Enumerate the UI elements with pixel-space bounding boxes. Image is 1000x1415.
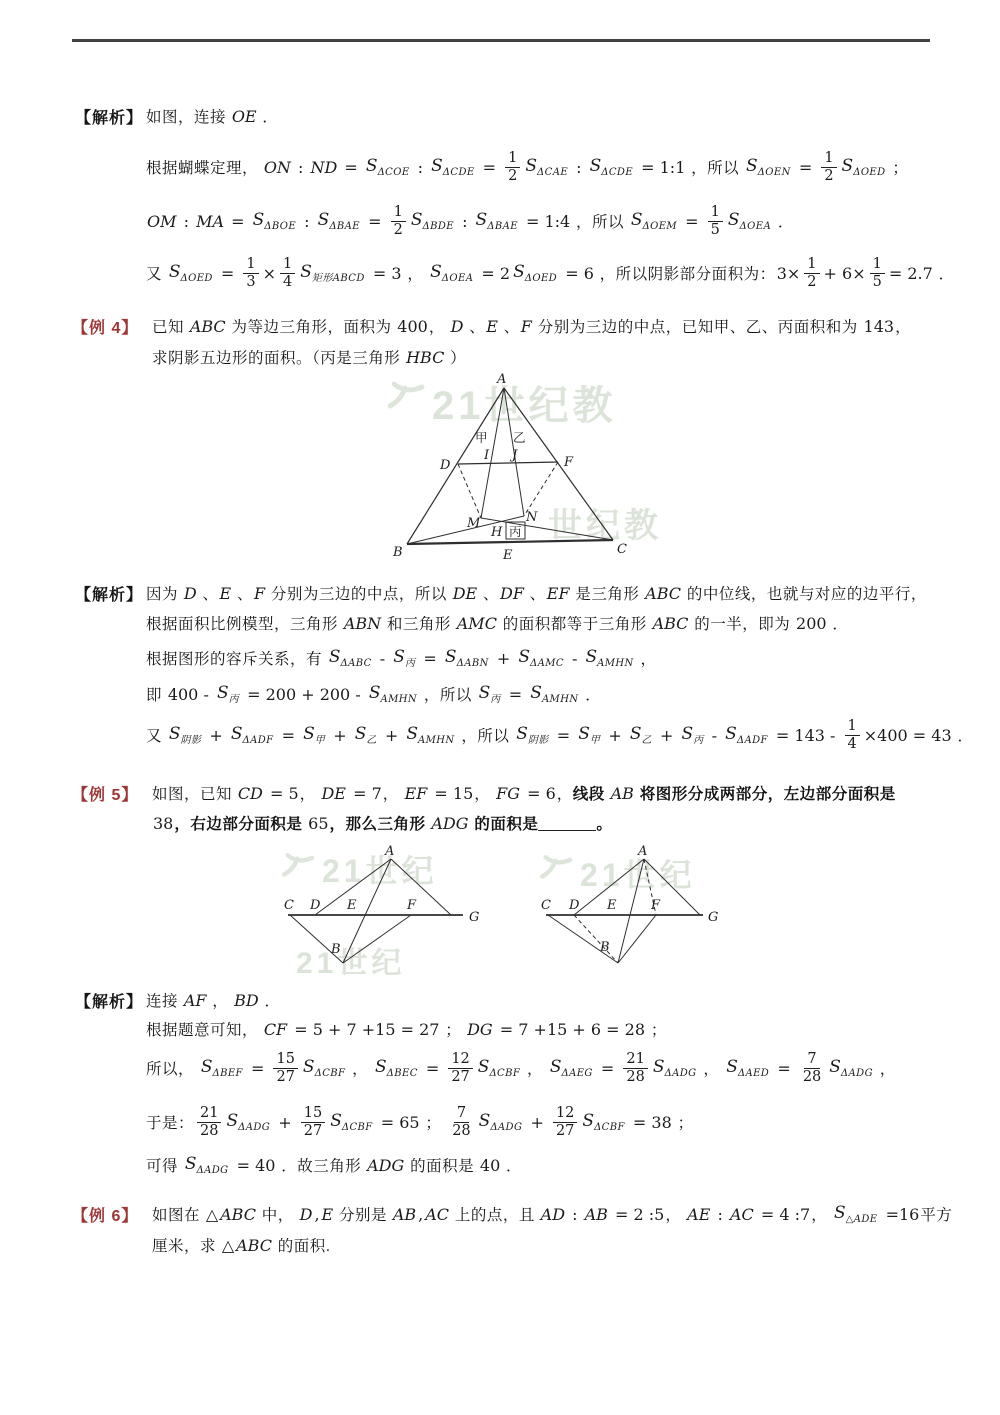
vertex-label-C: C [284,898,294,913]
math-number: = 2 [475,264,511,283]
math-number: 40 [479,1156,501,1175]
fraction: 15 [870,256,885,290]
math-number: =16 [880,1205,921,1224]
math-variable: ABC [652,614,690,633]
text: ， [207,989,233,1011]
math-number: × [262,264,277,283]
example5-label-row: 【例 5】 [72,780,138,806]
math-variable: F [253,584,266,603]
math-variable: DE [452,584,479,603]
math-number: = 6 [559,264,595,283]
math-number: + [491,649,517,668]
text: 根据蝴蝶定理， [146,156,263,178]
math-variable: AB [584,1205,609,1224]
answer-blank [538,815,596,831]
vertex-label-D: D [439,458,451,473]
solution5-label-row: 【解析】 [75,988,143,1012]
text: 分别为三边的中点，所以 [266,582,452,604]
math-number: = 1:4 [520,212,571,231]
fraction: 1527 [273,1051,297,1085]
fraction: 12 [821,150,836,184]
math-variable: ABC [219,1205,257,1224]
area-symbol: SΔADG [477,1111,525,1133]
text: 所以， [146,1057,199,1079]
example4-label: 【例 4】 [72,315,138,338]
text: ， [429,315,450,337]
document-page: 21世纪教 世纪教 21世纪 21世纪 21世纪 【解析】 如图，连接 OE ．… [0,0,1000,1415]
solution1-line1: 如图，连接 OE ． [146,104,278,128]
math-number: = 4 :7 [755,1205,811,1224]
text: 根据面积比例模型，三角形 [146,612,343,634]
text: 和三角形 [382,612,456,634]
vertex-label-G: G [708,910,718,925]
solution4-line1: 因为 D 、E 、F 分别为三边的中点，所以 DE 、DF 、EF 是三角形 A… [146,581,927,605]
bold-text: 将图形分成两部分，左边部分面积是 [635,782,896,804]
solution4-label-row: 【解析】 [75,581,143,605]
math-number: + [524,1113,550,1132]
vertex-label-A: A [496,372,506,387]
example5-label: 【例 5】 [72,782,138,805]
math-variable: FG [495,784,521,803]
text: ． [953,724,974,746]
math-variable: HBC [405,348,445,367]
area-symbol: S矩形ABCD [298,262,366,284]
math-variable: MA [195,212,225,231]
text: 的一半，即为 [689,612,795,634]
math-number: 400 - [167,685,215,704]
fraction: 728 [449,1105,473,1139]
math-variable: AB [610,784,635,803]
area-symbol: SΔCOE [364,156,412,178]
fraction: 15 [708,204,723,238]
text: ， [811,1203,832,1225]
solution5-line2: 根据题意可知， CF = 5 + 7 +15 = 27 ； DG = 7 +15… [146,1016,667,1042]
math-variable: AF [183,991,208,1010]
math-number: = 2 :5 [609,1205,665,1224]
area-symbol: SΔBAE [474,210,520,232]
text: ，所以 [457,724,515,746]
vertex-label-F: F [650,898,661,913]
math-number: + 6× [823,264,867,283]
solution5-line5: 可得 SΔADG = 40 ．故三角形 ADG 的面积是 40 ． [146,1150,522,1180]
area-symbol: SΔBOE [251,210,299,232]
area-symbol: SΔCBF [301,1057,347,1079]
text: 因为 [146,582,183,604]
math-number: ×400 = 43 [863,726,953,745]
area-symbol: SΔADG [183,1154,231,1176]
fraction: 12 [391,204,406,238]
math-number: 65 [307,814,329,833]
vertex-label-D: D [568,898,580,913]
math-variable: D [299,1205,314,1224]
example6-label-row: 【例 6】 [72,1201,138,1227]
text: ， [636,647,657,669]
solution-label: 【解析】 [75,989,143,1012]
text: ． [258,105,279,127]
math-number: = 5 + 7 +15 = 27 [288,1020,440,1039]
text: 是三角形 [571,582,645,604]
math-number: : [178,212,196,231]
example6-line2: 厘米，求 △ABC 的面积. [152,1232,331,1258]
math-variable: D [450,317,465,336]
bold-text: 线段 [573,782,610,804]
text: 为等边三角形，面积为 [227,315,397,337]
math-number: △ [221,1236,235,1255]
region-label-jia: 甲 [475,431,488,445]
vertex-label-M: M [466,516,481,531]
math-number: 200 [795,614,828,633]
area-symbol: SΔCDE [588,156,635,178]
text: ．故三角形 [276,1154,366,1176]
region-label-bing: 丙 [509,525,522,539]
area-symbol: S丙 [215,683,241,705]
math-number: = 6 [521,784,557,803]
text: ． [260,989,281,1011]
area-symbol: SΔABC [327,647,374,669]
vertex-label-B: B [330,942,341,957]
example5-left-diagram: A B C D E F G [283,843,513,978]
text: ． [828,612,849,634]
math-variable: ABC [189,317,227,336]
math-variable: E [321,1205,335,1224]
text: 如图，连接 [146,105,231,127]
text: ． [773,210,794,232]
math-variable: EF [546,584,571,603]
math-number: = [417,649,443,668]
text: 平方 [920,1203,952,1225]
math-variable: AE [686,1205,711,1224]
text: 、 [478,582,499,604]
fraction: 1527 [301,1105,325,1139]
math-number: = [793,158,819,177]
area-symbol: SΔBAE [316,210,362,232]
math-number: - [706,726,724,745]
math-variable: ABN [343,614,382,633]
area-symbol: SΔCDE [429,156,476,178]
text: ） [445,346,466,368]
math-number: = [477,158,503,177]
area-symbol: SΔOED [167,262,215,284]
text: 即 [146,683,167,705]
text: ； [440,1018,466,1040]
area-symbol: S△ADE [832,1203,880,1225]
text: 、 [499,315,520,337]
vertex-label-F: F [563,455,574,470]
text: 如图在 [152,1203,205,1225]
solution5-line4: 于是：2128SΔADG + 1527SΔCBF = 65 ； 728SΔADG… [146,1094,694,1150]
math-number: = [503,685,529,704]
math-variable: AMC [456,614,498,633]
text: 上的点，且 [450,1203,540,1225]
area-symbol: SΔOED [840,156,888,178]
text: 、 [464,315,485,337]
area-symbol: S甲 [576,724,602,746]
math-number: + [203,726,229,745]
text: 于是： [146,1111,194,1133]
area-symbol: SΔOEA [428,262,475,284]
solution1-line4: 又 SΔOED = 13×14S矩形ABCD = 3 ， SΔOEA = 2SΔ… [146,246,955,300]
math-number: - [566,649,584,668]
text: 中， [257,1203,299,1225]
area-symbol: SAMHN [404,724,456,746]
text: ， [895,315,911,337]
solution5-line1: 连接 AF ， BD ． [146,988,281,1012]
area-symbol: SΔBEF [199,1057,245,1079]
text: ， [557,782,573,804]
math-variable: CF [263,1020,288,1039]
area-symbol: S丙 [477,683,503,705]
area-symbol: S阴影 [167,724,203,746]
math-variable: OM [146,212,178,231]
text: 已知 [152,315,189,337]
math-number: = [595,1059,621,1078]
math-number: = [215,264,241,283]
math-number: + [327,726,353,745]
text: 、 [198,582,219,604]
text: 根据题意可知， [146,1018,263,1040]
text: ， [474,782,495,804]
fraction: 1227 [448,1051,472,1085]
text: ． [501,1154,522,1176]
math-variable: ADG [430,814,469,833]
area-symbol: SΔBEC [373,1057,420,1079]
area-symbol: SAMHN [528,683,580,705]
fraction: 1227 [553,1105,577,1139]
area-symbol: SΔABN [443,647,491,669]
math-number: 38 [152,814,174,833]
example4-line2: 求阴影五边形的面积。（丙是三角形 HBC ） [152,344,466,370]
vertex-label-I: I [483,448,490,463]
math-variable: DE [320,784,347,803]
vertex-label-H: H [490,525,503,540]
area-symbol: S乙 [628,724,654,746]
text: 、 [525,582,546,604]
math-number: = 40 [231,1156,277,1175]
math-number: - [374,649,392,668]
text: ， [665,1203,686,1225]
math-number: : [298,212,316,231]
math-number: = 38 [627,1113,673,1132]
solution4-line3: 根据图形的容斥关系，有 SΔABC - S丙 = SΔABN + SΔAMC -… [146,638,657,678]
math-number: : [711,1205,729,1224]
solution1-line3: OM : MA = SΔBOE : SΔBAE = 12SΔBDE : SΔBA… [146,194,794,248]
math-variable: BD [233,991,260,1010]
solution1-line2: 根据蝴蝶定理， ON : ND = SΔCOE : SΔCDE = 12SΔCA… [146,140,908,194]
math-number: , [417,1205,424,1224]
solution-label: 【解析】 [75,582,143,605]
math-number: = 3 [367,264,403,283]
math-number: 3× [776,264,802,283]
text: ． [580,683,601,705]
vertex-label-E: E [606,898,617,913]
text: 分别是 [334,1203,392,1225]
text: ，所以 [686,156,744,178]
area-symbol: SΔOEA [726,210,773,232]
example5-right-diagram: A B C D E F G [538,843,718,978]
text: ， [522,1057,548,1079]
area-symbol: SΔADG [651,1057,699,1079]
example6-label: 【例 6】 [72,1203,138,1226]
text: 又 [146,724,167,746]
area-symbol: SΔADG [827,1057,875,1079]
math-number: = 5 [264,784,300,803]
text: ； [888,156,909,178]
math-number: = [771,1059,797,1078]
text: 厘米，求 [152,1234,221,1256]
area-symbol: S阴影 [514,724,550,746]
example4-triangle-diagram: A B C D E F I J M N H 甲 乙 丙 [385,370,660,562]
math-number: : [570,158,588,177]
text: ， [699,1057,725,1079]
area-symbol: SAMHN [367,683,419,705]
area-symbol: SΔBDE [409,210,456,232]
example4-label-row: 【例 4】 [72,313,138,339]
math-number: = [362,212,388,231]
math-variable: ABC [644,584,682,603]
text: ，所以阴影部分面积为： [595,262,776,284]
text: ， [347,1057,373,1079]
math-variable: AC [729,1205,755,1224]
text: 如图，已知 [152,782,237,804]
bold-text: 。 [596,812,612,834]
math-variable: AD [540,1205,566,1224]
fraction: 13 [243,256,258,290]
example4-line1: 已知 ABC 为等边三角形，面积为 400， D 、E 、F 分别为三边的中点，… [152,313,911,339]
vertex-label-B: B [392,545,403,560]
text: ； [646,1018,667,1040]
bold-text: ，右边部分面积是 [174,812,307,834]
solution4-line5: 又 S阴影 + SΔADF = S甲 + S乙 + SAMHN ，所以 S阴影 … [146,708,973,762]
math-number: = [245,1059,271,1078]
vertex-label-C: C [541,898,551,913]
vertex-label-N: N [525,510,538,525]
area-symbol: SAMHN [583,647,635,669]
text: 求阴影五边形的面积。（丙是三角形 [152,346,405,368]
fraction: 728 [800,1051,824,1085]
math-variable: E [218,584,232,603]
vertex-label-E: E [502,548,513,562]
text: ， [300,782,321,804]
math-number: = 2.7 [888,264,934,283]
area-symbol: SΔCBF [328,1111,374,1133]
math-variable: AB [392,1205,417,1224]
solution4-line2: 根据面积比例模型，三角形 ABN 和三角形 AMC 的面积都等于三角形 ABC … [146,611,848,635]
math-number: = 7 +15 + 6 = 28 [494,1020,646,1039]
text: ； [673,1111,694,1133]
area-symbol: SΔAED [724,1057,771,1079]
region-label-yi: 乙 [513,431,526,445]
area-symbol: SΔOEN [744,156,793,178]
math-variable: ABC [235,1236,273,1255]
math-number: △ [205,1205,219,1224]
solution1-label-row: 【解析】 [75,104,143,128]
math-number: + [602,726,628,745]
area-symbol: SΔOEM [629,210,679,232]
area-symbol: S乙 [353,724,379,746]
text: 、 [232,582,253,604]
area-symbol: S丙 [680,724,706,746]
math-number: = [679,212,705,231]
vertex-label-D: D [309,898,321,913]
solution-label: 【解析】 [75,105,143,128]
solution5-line3: 所以， SΔBEF = 1527SΔCBF ， SΔBEC = 1227SΔCB… [146,1040,896,1096]
text: ，所以 [571,210,629,232]
math-variable: ADG [366,1156,405,1175]
text: ； [421,1111,447,1133]
math-variable: ON [263,158,292,177]
area-symbol: SΔADF [723,724,770,746]
math-number: : [566,1205,584,1224]
math-number: : [456,212,474,231]
text: 连接 [146,989,183,1011]
vertex-label-J: J [509,448,518,463]
math-number: : [292,158,310,177]
math-variable: ND [310,158,339,177]
math-variable: EF [404,784,429,803]
text: ， [383,782,404,804]
math-number: 400 [396,317,429,336]
math-variable: OE [231,107,258,126]
vertex-label-E: E [346,898,357,913]
math-variable: DG [466,1020,494,1039]
header-rule [72,39,930,42]
math-number: : [412,158,430,177]
math-number: = [338,158,364,177]
ex4-diagram-lines [407,388,613,544]
area-symbol: SΔAMC [516,647,566,669]
math-number: , [313,1205,320,1224]
example5-line2: 38，右边部分面积是 65，那么三角形 ADG 的面积是。 [152,810,612,836]
fraction: 14 [845,718,860,752]
vertex-label-A: A [637,844,647,859]
fraction: 12 [804,256,819,290]
math-variable: CD [237,784,264,803]
vertex-label-A: A [384,844,394,859]
math-number: = 15 [428,784,474,803]
text: ，所以 [419,683,477,705]
math-number: = 7 [347,784,383,803]
text: 可得 [146,1154,183,1176]
math-variable: F [520,317,533,336]
math-number: + [654,726,680,745]
vertex-label-C: C [617,542,627,557]
text: ． [934,262,955,284]
fraction: 2128 [623,1051,647,1085]
area-symbol: SΔADG [224,1111,272,1133]
math-variable: DF [499,584,525,603]
text: 又 [146,262,167,284]
text: 分别为三边的中点，已知甲、乙、丙面积和为 [533,315,863,337]
area-symbol: SΔCBF [476,1057,522,1079]
math-variable: AC [424,1205,450,1224]
solution4-line4: 即 400 - S丙 = 200 + 200 - SAMHN ，所以 S丙 = … [146,676,601,712]
text: ， [875,1057,896,1079]
bold-text: ，那么三角形 [330,812,431,834]
example5-line1: 如图，已知 CD = 5， DE = 7， EF = 15， FG = 6，线段… [152,780,896,806]
fraction: 14 [280,256,295,290]
math-number: = [276,726,302,745]
math-number: = [420,1059,446,1078]
area-symbol: SΔCBF [580,1111,626,1133]
area-symbol: SΔAEG [548,1057,595,1079]
text: ， [403,262,429,284]
math-number: = 143 - [770,726,842,745]
math-number: = [225,212,251,231]
vertex-label-B: B [599,940,610,955]
text: 的面积是 [405,1154,479,1176]
area-symbol: SΔADF [229,724,276,746]
vertex-label-G: G [469,910,479,925]
